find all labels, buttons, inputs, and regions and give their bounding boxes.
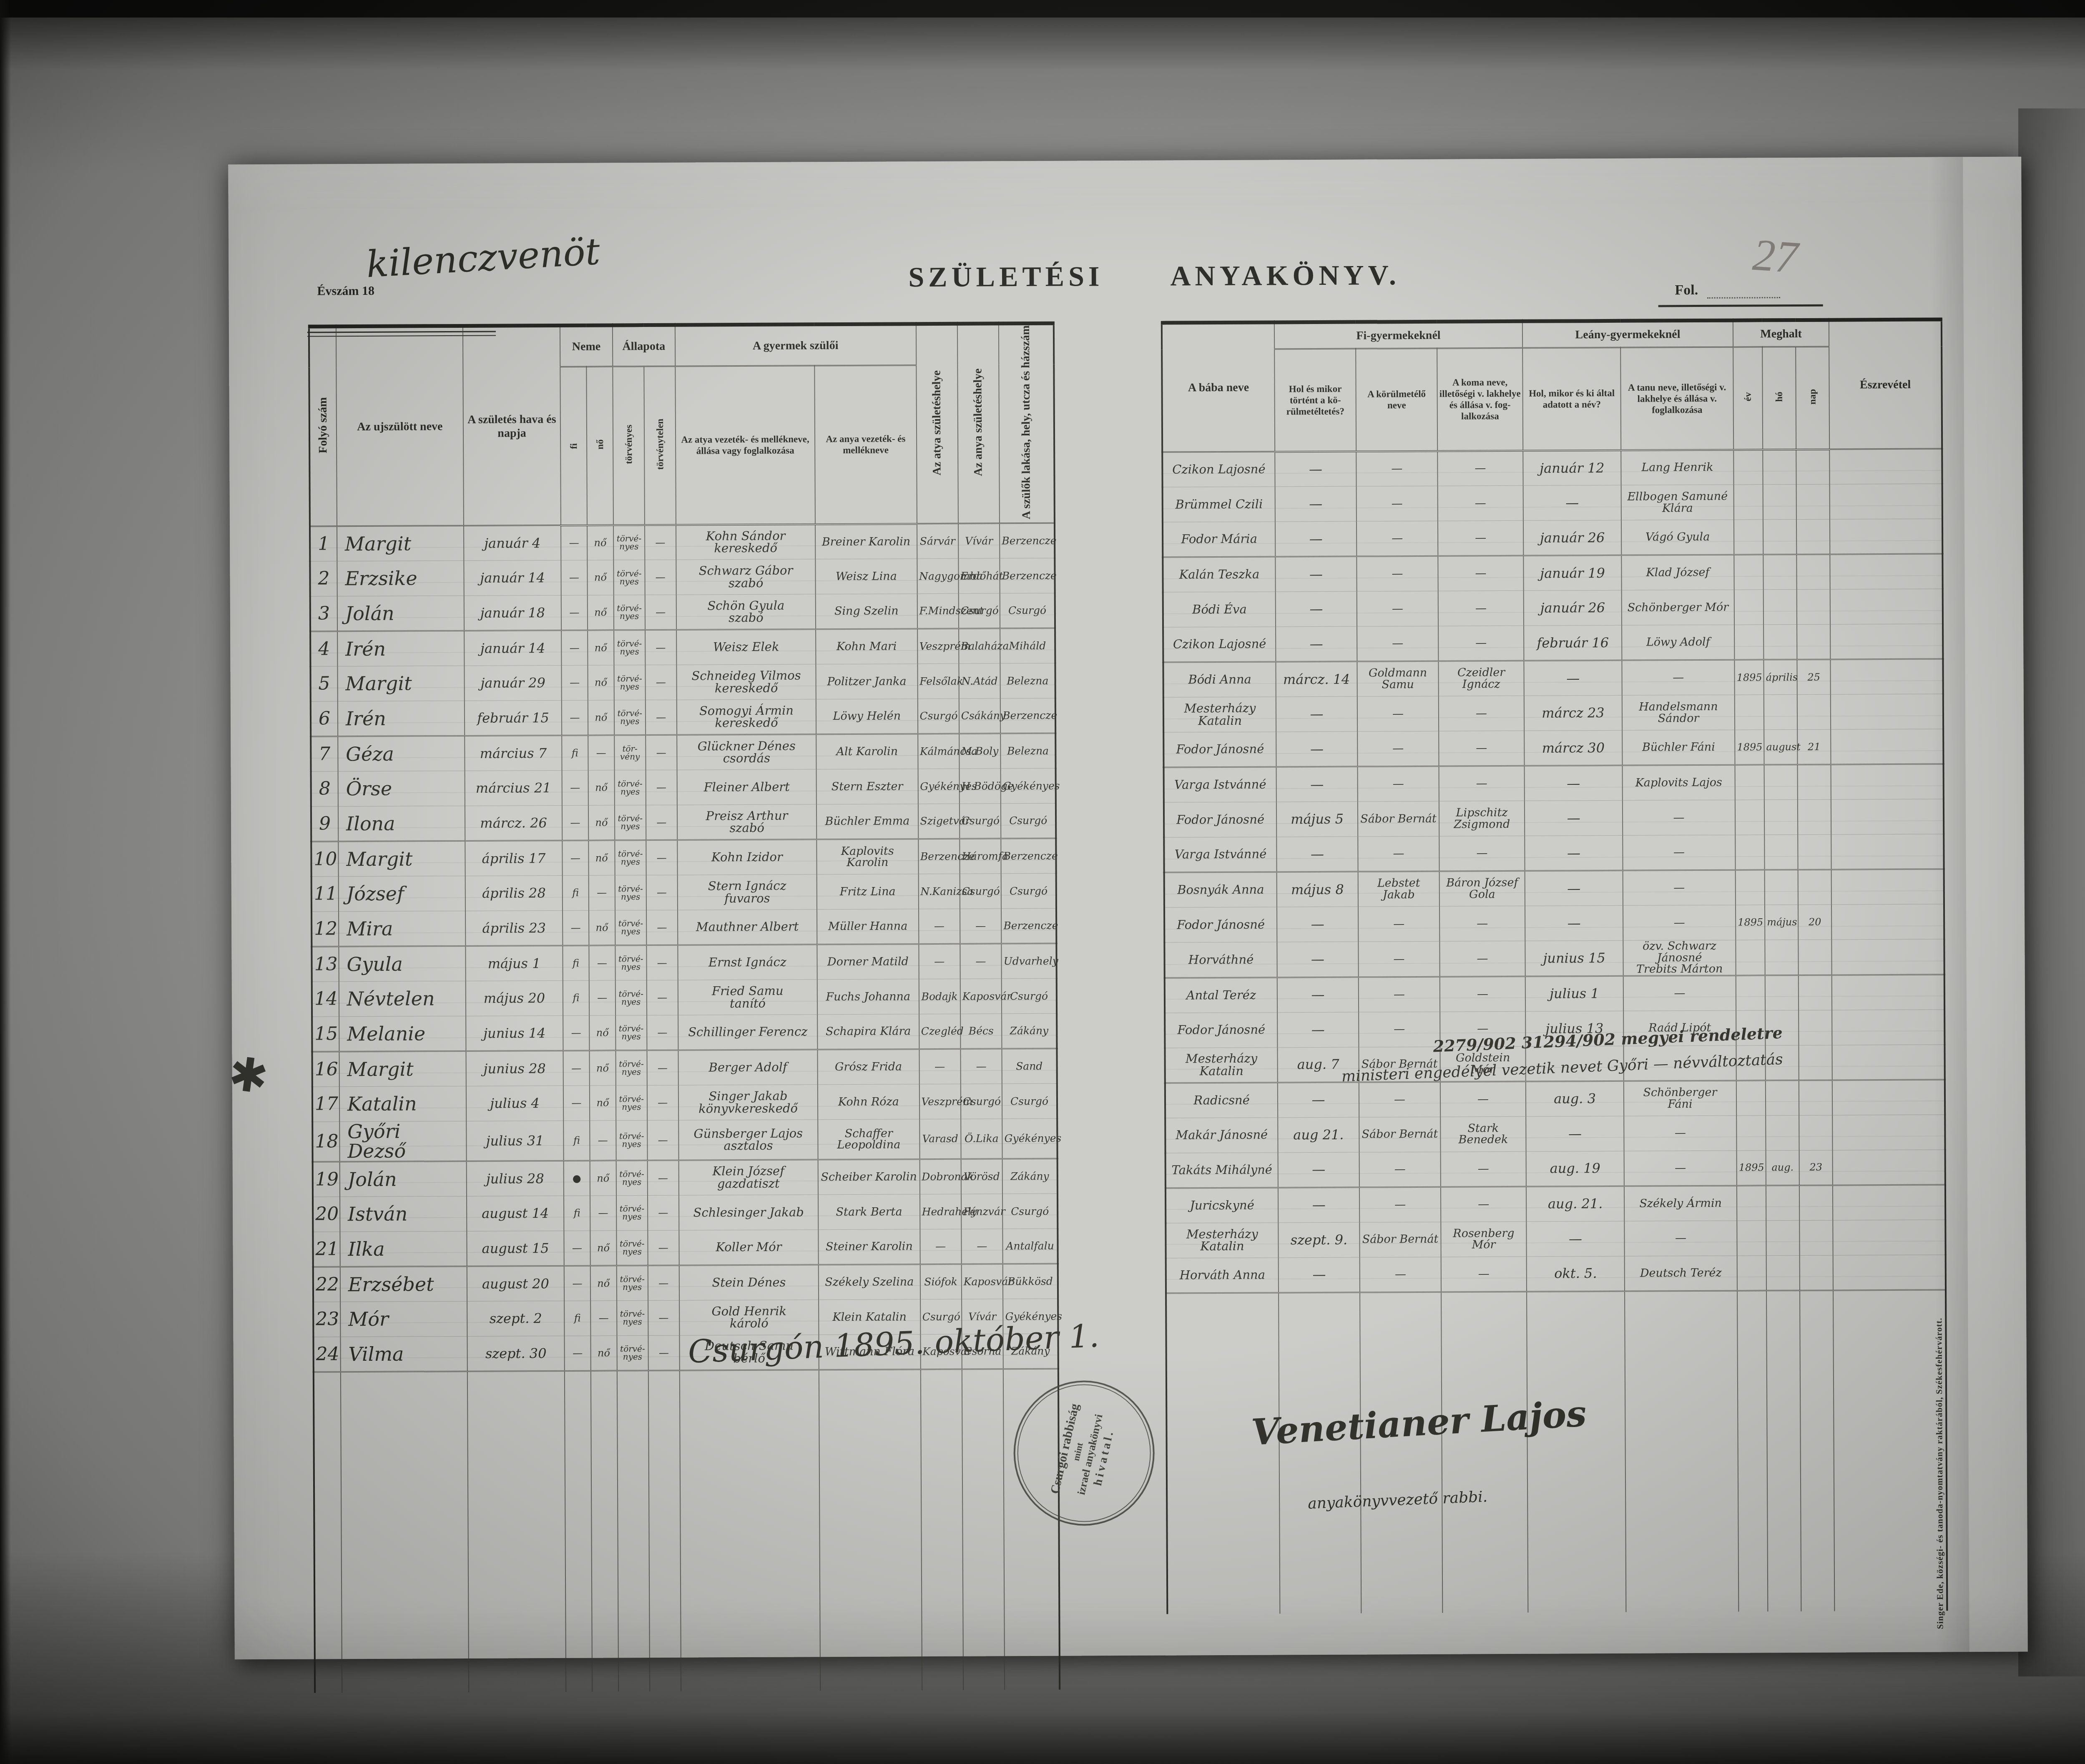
cell: Schön Gyula szabó (676, 594, 816, 630)
cell: Bükkösd (1003, 1264, 1058, 1299)
table-row: Mesterházy Katalin———márcz 23Handelsmann… (1163, 694, 1943, 732)
cell: — (647, 1085, 678, 1120)
cell: Breiner Karolin (815, 524, 917, 559)
cell (1763, 589, 1797, 624)
cell: Csurgó (1002, 1083, 1057, 1119)
cell: Singer Jakab könyvkereskedő (678, 1085, 818, 1120)
cell (1831, 694, 1943, 729)
cell: Czeidler Ignácz (1438, 661, 1524, 696)
cell: Takáts Mihályné (1166, 1153, 1278, 1188)
cell: Fodor Mária (1163, 522, 1275, 557)
cell: Ilona (338, 806, 465, 842)
cell: Örse (338, 771, 465, 807)
cell: Schillinger Ferencz (678, 1015, 818, 1050)
table-row: 10Margitáprilis 17—nőtörvé- nyes—Kohn Iz… (311, 838, 1056, 877)
cell: Kohn Róza (818, 1084, 919, 1120)
cell: — (960, 909, 1002, 944)
cell: Gyékényes (1001, 768, 1056, 804)
cell: — (1275, 521, 1357, 557)
cell: törvé- nyes (615, 875, 646, 910)
empty-cell (962, 1369, 1005, 1690)
cell: — (1438, 591, 1524, 626)
cell: M.Boly (959, 734, 1001, 769)
cell: Löwy Helén (816, 699, 918, 734)
cell: törvé- nyes (615, 1015, 647, 1050)
cell: fi (562, 735, 588, 770)
cell: — (960, 1049, 1002, 1084)
cell: törvé- nyes (615, 980, 646, 1015)
cell: — (1357, 556, 1438, 591)
cell: Csurgó (1001, 803, 1056, 839)
cell: Antalfalu (1003, 1229, 1058, 1264)
cell: — (1276, 837, 1358, 872)
cell: május 5 (1276, 802, 1358, 837)
cell: 16 (312, 1052, 339, 1087)
cell: 10 (311, 842, 338, 877)
cell: márcz 30 (1524, 730, 1622, 766)
cell: szept. 9. (1278, 1222, 1359, 1258)
cell: Margit (337, 666, 464, 701)
cell: — (561, 595, 588, 630)
cell (1798, 940, 1831, 975)
cell (1737, 1255, 1766, 1290)
cell: junius 15 (1525, 940, 1623, 976)
birth-table-left: Folyó szám Az ujszülött neve A születés … (308, 322, 1060, 1693)
cell: fi (564, 1196, 590, 1231)
cell: Székely Ármin (1624, 1186, 1737, 1221)
cell: — (1277, 942, 1358, 977)
cell: — (1523, 485, 1621, 520)
col-group-fi-gyermekeknel: Fi-gyermekeknél (1274, 321, 1522, 349)
table-row: 7Gézamárcius 7fi—tör- vény—Glückner Déne… (311, 733, 1055, 771)
cell: Brümmel Czili (1163, 487, 1275, 522)
cell: Czikon Lajosné (1163, 627, 1276, 662)
cell: Fuchs Johanna (817, 979, 919, 1015)
cell: május 1 (465, 946, 563, 981)
cell (1797, 624, 1830, 659)
cell: Juricskyné (1166, 1188, 1278, 1223)
cell: Csurgó (1002, 1194, 1058, 1229)
cell: — (562, 665, 588, 700)
cell: Koller Mór (679, 1230, 819, 1265)
cell: nő (588, 840, 615, 875)
cell: 2 (310, 561, 337, 596)
cell: törvé- nyes (617, 1301, 648, 1336)
col-nevadas: Hol, mikor és ki által adatott a név? (1522, 347, 1621, 450)
cell: márcz 23 (1524, 695, 1622, 731)
table-row: 21Ilkaaugust 15—nőtörvé- nyes—Koller Mór… (313, 1229, 1058, 1267)
cell: aug 21. (1278, 1117, 1359, 1153)
table-row: 8Örsemárcius 21—nőtörvé- nyes—Fleiner Al… (311, 768, 1056, 807)
cell: — (646, 875, 677, 910)
cell: nő (588, 770, 614, 805)
cell (1798, 764, 1831, 799)
cell: — (1441, 1186, 1526, 1222)
cell: Mesterházy Katalin (1165, 1048, 1277, 1083)
cell: Berzencze (1000, 698, 1055, 734)
cell: márcz. 26 (465, 806, 562, 841)
cell: Somogyi Ármin kereskedő (677, 699, 816, 735)
table-row: 6Irénfebruár 15—nőtörvé- nyes—Somogyi Ár… (311, 698, 1055, 736)
table-row: Makár Jánosnéaug 21.Sábor BernátStark Be… (1165, 1115, 1945, 1153)
cell: — (1524, 660, 1622, 696)
table-row: Varga Istvánné————— (1164, 834, 1944, 872)
cell: Veszprém (917, 628, 959, 663)
cell: törvé- nyes (616, 1086, 647, 1121)
cell (1796, 519, 1830, 554)
cell: tör- vény (614, 735, 646, 770)
cell: Nagygomba (917, 558, 959, 593)
cell (1764, 694, 1797, 729)
cell: — (1438, 626, 1524, 661)
cell: 8 (311, 771, 338, 807)
cell: Melanie (339, 1016, 466, 1052)
table-row: 9Ilonamárcz. 26—nőtörvé- nyes—Preisz Art… (311, 803, 1056, 842)
empty-cell (1279, 1292, 1361, 1614)
table-row: 14Névtelenmájus 20fi—törvé- nyes—Fried S… (312, 978, 1057, 1017)
cell: Gyékényes (1002, 1118, 1057, 1158)
cell: Csurgó (960, 804, 1001, 839)
cell: január 18 (464, 596, 561, 631)
cell: Dobronak (919, 1159, 961, 1194)
cell: nő (590, 1086, 616, 1121)
cell: Csurgó (1001, 873, 1056, 909)
cell: Berzencze (1000, 523, 1055, 558)
cell: nő (590, 1161, 616, 1196)
cell: Schapira Klára (817, 1014, 919, 1050)
cell: Deutsch Teréz (1625, 1256, 1737, 1291)
page-edge-shadow (2018, 108, 2085, 1676)
cell: Berzencze (1000, 558, 1055, 593)
cell: Schönberger Fáni (1624, 1081, 1736, 1116)
cell: Névtelen (339, 981, 466, 1017)
cell: — (648, 1195, 679, 1230)
cell: Siófok (920, 1264, 962, 1299)
cell: Margit (339, 1051, 466, 1087)
empty-cell (1800, 1290, 1834, 1611)
cell: Csákány (959, 699, 1001, 734)
cell: august 14 (467, 1196, 564, 1231)
cell: törvé- nyes (614, 665, 645, 700)
cell (1734, 485, 1763, 520)
cell: Kalán Teszka (1163, 557, 1275, 592)
cell: Hedrahely (919, 1194, 961, 1229)
cell (1765, 975, 1799, 1010)
cell: — (1358, 766, 1439, 802)
cell: Csurgó (959, 593, 1000, 628)
cell: — (1359, 1152, 1441, 1187)
cell: 1895 (1735, 730, 1764, 765)
cell: — (561, 560, 587, 595)
right-table-header: A bába neve Fi-gyermekeknél Leány-gyerme… (1162, 319, 1942, 452)
empty-cell (467, 1371, 566, 1692)
cell (1763, 449, 1796, 484)
cell: — (1623, 905, 1736, 940)
cell: — (1275, 486, 1357, 522)
cell (1832, 1045, 1944, 1080)
cell: — (1525, 905, 1623, 941)
col-group-leany-gyermekeknel: Leány-gyermekeknél (1522, 320, 1733, 348)
cell: Makár Jánosné (1165, 1118, 1278, 1153)
cell: — (1439, 836, 1525, 871)
cell: Bodajk (919, 979, 960, 1014)
folio-label: Fol. (1675, 282, 1698, 298)
cell: Sábor Bernát (1358, 801, 1439, 837)
cell: august (1764, 729, 1797, 764)
empty-tail-row (1166, 1290, 1947, 1614)
cell: Kohn Mari (816, 629, 917, 664)
cell: — (647, 1050, 678, 1085)
cell (1831, 799, 1944, 834)
empty-cell (1833, 1290, 1947, 1611)
cell: — (1359, 1187, 1441, 1222)
cell: — (920, 1229, 962, 1264)
cell (1797, 589, 1830, 624)
cell: törvé- nyes (613, 595, 645, 630)
cell: Jolán (337, 596, 464, 631)
cell: Erdőhát (958, 558, 1000, 593)
cell: — (646, 700, 677, 735)
cell: — (562, 770, 588, 805)
cell (1734, 520, 1763, 555)
cell: Ilka (340, 1231, 467, 1266)
cell: Antal Teréz (1165, 977, 1277, 1013)
cell: — (1525, 835, 1623, 871)
cell: Steiner Karolin (819, 1229, 920, 1265)
cell: Fodor Jánosné (1164, 802, 1276, 837)
col-group-meghalt: Meghalt (1733, 320, 1829, 347)
cell: — (646, 805, 677, 840)
cell (1832, 1010, 1944, 1045)
empty-cell (1527, 1291, 1626, 1613)
cell: Sábor Bernát (1359, 1117, 1440, 1152)
page-title-anyakonyv: ANYAKÖNYV. (1170, 259, 1400, 292)
cell (1798, 799, 1831, 834)
cell: — (646, 945, 678, 980)
table-row: 20Istvánaugust 14fi—törvé- nyes—Schlesin… (313, 1194, 1058, 1232)
cell: — (648, 1265, 679, 1300)
cell: törvé- nyes (616, 1196, 648, 1231)
scanned-registry-screenshot: { "page": { "evszam_label": "Évszám 18",… (0, 0, 2085, 1764)
cell: — (646, 910, 678, 945)
cell (1830, 484, 1942, 519)
cell: Csurgó (960, 874, 1001, 909)
cell: — (1440, 976, 1525, 1012)
cell: Bécs (960, 1014, 1002, 1049)
printer-imprint: Singer Ede, községi- és tanoda-nyomtatvá… (1933, 1108, 1945, 1629)
cell: szept. 30 (467, 1336, 564, 1371)
table-row: Horváth Anna———okt. 5.Deutsch Teréz (1166, 1255, 1946, 1293)
cell: — (1278, 1082, 1359, 1118)
empty-cell (565, 1371, 592, 1692)
table-row: 4Irénjanuár 14—nőtörvé- nyes—Weisz ElekK… (310, 628, 1055, 666)
cell: Sárvár (917, 523, 958, 558)
cell: — (590, 1121, 616, 1161)
cell: ● (564, 1161, 590, 1196)
cell: — (647, 1160, 678, 1195)
cell: — (1276, 731, 1357, 767)
table-row: Radicsné———aug. 3Schönberger Fáni (1165, 1080, 1945, 1118)
cell: Fodor Jánosné (1164, 907, 1277, 942)
cell (1798, 869, 1831, 905)
cell: 7 (311, 736, 338, 771)
cell: István (340, 1196, 467, 1231)
table-row: Kalán Teszka———január 19Klad József (1163, 554, 1942, 592)
table-row: Takáts Mihályné———aug. 19—1895aug.23 (1166, 1150, 1945, 1188)
cell (1764, 834, 1798, 869)
cell (1736, 975, 1765, 1010)
cell: — (1622, 660, 1734, 695)
cell (1766, 1080, 1799, 1115)
col-fi: fi (560, 367, 587, 525)
cell: 18 (312, 1122, 339, 1162)
cell (1736, 1115, 1766, 1150)
cell: Varga Istvánné (1164, 837, 1276, 872)
cell: törvé- nyes (616, 1161, 647, 1196)
cell: nő (590, 1266, 617, 1301)
cell: — (1440, 1081, 1526, 1117)
cell: — (590, 1196, 616, 1231)
cell: Fodor Jánosné (1165, 1013, 1277, 1048)
cell: — (1525, 765, 1623, 801)
cell: Balaháza (959, 628, 1000, 663)
cell: — (919, 944, 960, 979)
cell: — (1357, 731, 1439, 766)
col-szulok-lakasa: A szülők lakása, hely, utcza és házszám (999, 323, 1055, 523)
cell: — (1359, 977, 1440, 1012)
rabbinate-office-stamp: Csurgói rabbiság mint izrael anyakönyvi … (1013, 1380, 1155, 1526)
col-atya-neve: Az atya vezeték- és mellékneve, állása v… (675, 366, 815, 525)
cell: január 14 (464, 631, 561, 666)
cell: — (561, 525, 587, 560)
cell: Mór (340, 1301, 467, 1337)
cell: nő (589, 1050, 615, 1086)
cell: Mira (339, 911, 465, 947)
cell: Stern Eszter (816, 769, 918, 804)
cell: Grósz Frida (818, 1049, 919, 1085)
cell: Klad József (1621, 555, 1734, 590)
cell (1763, 519, 1796, 554)
empty-cell (1441, 1292, 1528, 1613)
cell (1799, 1220, 1833, 1255)
cell: — (1276, 591, 1357, 627)
cell: — (1276, 766, 1358, 802)
cell: Géza (338, 736, 465, 771)
cell (1766, 1185, 1799, 1220)
cell: január 19 (1523, 555, 1621, 591)
cell: Gyula (339, 946, 465, 982)
cell: — (1438, 555, 1523, 591)
cell (1831, 834, 1944, 869)
cell: N.Atád (959, 663, 1000, 699)
cell: Győri Dezső (339, 1121, 466, 1162)
cell: — (1276, 696, 1357, 732)
col-group-neme: Neme (560, 325, 613, 367)
cell: Klein József gazdatiszt (678, 1160, 818, 1195)
cell: Szigetvár (918, 804, 960, 839)
cell: — (1357, 486, 1438, 521)
cell: — (589, 945, 615, 980)
cell: 9 (311, 807, 338, 842)
table-row: 16Margitjunius 28—nőtörvé- nyes—Berger A… (312, 1048, 1057, 1087)
cell (1766, 1255, 1800, 1290)
cell: Vörösd (961, 1159, 1002, 1194)
cell: Berzencze (918, 839, 960, 874)
cell (1799, 1045, 1832, 1080)
cell: — (1356, 451, 1437, 486)
cell: Stark Berta (818, 1194, 920, 1230)
col-tanu-neve: A tanu neve, illetőségi v. lak­helye és … (1620, 347, 1733, 450)
cell: Gyékényes (918, 769, 960, 804)
cell: Székely Szelina (819, 1264, 920, 1300)
cell (1764, 764, 1798, 799)
cell: Kálmáncsa (918, 734, 960, 769)
table-row: Juricskyné———aug. 21.Székely Ármin (1166, 1185, 1945, 1223)
cell (1733, 450, 1763, 485)
cell (1833, 1150, 1945, 1185)
cell: nő (588, 700, 614, 735)
cell: — (645, 525, 676, 560)
table-row: 2Erzsikejanuár 14—nőtörvé- nyes—Schwarz … (310, 558, 1055, 596)
scanner-edge-top (0, 0, 2085, 18)
cell (1764, 799, 1798, 834)
cell: április (1763, 659, 1797, 694)
col-meghalt-nap: nap (1796, 347, 1829, 449)
cell: — (1525, 800, 1623, 836)
cell: Csurgó (961, 1084, 1002, 1119)
cell: 22 (313, 1267, 340, 1302)
cell: nő (588, 595, 614, 630)
cell: márcz. 14 (1276, 661, 1357, 697)
cell (1734, 590, 1763, 625)
cell: Dorner Matild (817, 944, 919, 980)
cell: Bódi Anna (1163, 662, 1276, 697)
cell (1736, 940, 1765, 975)
empty-cell (648, 1370, 681, 1691)
cell: — (565, 1336, 591, 1371)
cell (1765, 940, 1798, 975)
empty-cell (1766, 1290, 1801, 1611)
cell: Lipschitz Zsigmond (1439, 801, 1525, 836)
left-table-header: Folyó szám Az ujszülött neve A születés … (309, 323, 1055, 526)
cell: Csurgó (917, 699, 959, 734)
cell: április 23 (465, 911, 563, 946)
col-group-gyermek-szuloi: A gyermek szülői (675, 324, 916, 366)
cell: aug. 3 (1526, 1081, 1624, 1116)
cell: Berger Adolf (678, 1050, 818, 1085)
cell: — (646, 980, 678, 1015)
cell: — (1278, 1187, 1359, 1223)
cell: F.Mindszent (917, 593, 959, 628)
scanner-edge-left (0, 0, 11, 1764)
cell: — (1277, 907, 1358, 942)
cell: Löwy Adolf (1622, 625, 1734, 660)
cell: törvé- nyes (613, 525, 645, 560)
cell: — (648, 1300, 679, 1335)
cell: Berzencze (1001, 838, 1056, 874)
table-row: Czikon Lajosné———január 12Lang Henrik (1162, 449, 1942, 487)
cell: — (1360, 1257, 1441, 1292)
empty-cell (1625, 1291, 1738, 1612)
cell: nő (587, 560, 613, 595)
cell: — (645, 630, 676, 665)
col-no: nő (586, 367, 613, 525)
empty-cell (1737, 1290, 1768, 1611)
cell: Weisz Elek (676, 629, 816, 665)
cell: — (1439, 696, 1524, 731)
cell: Handelsmann Sándor (1622, 695, 1735, 730)
cell: január 4 (464, 525, 561, 561)
